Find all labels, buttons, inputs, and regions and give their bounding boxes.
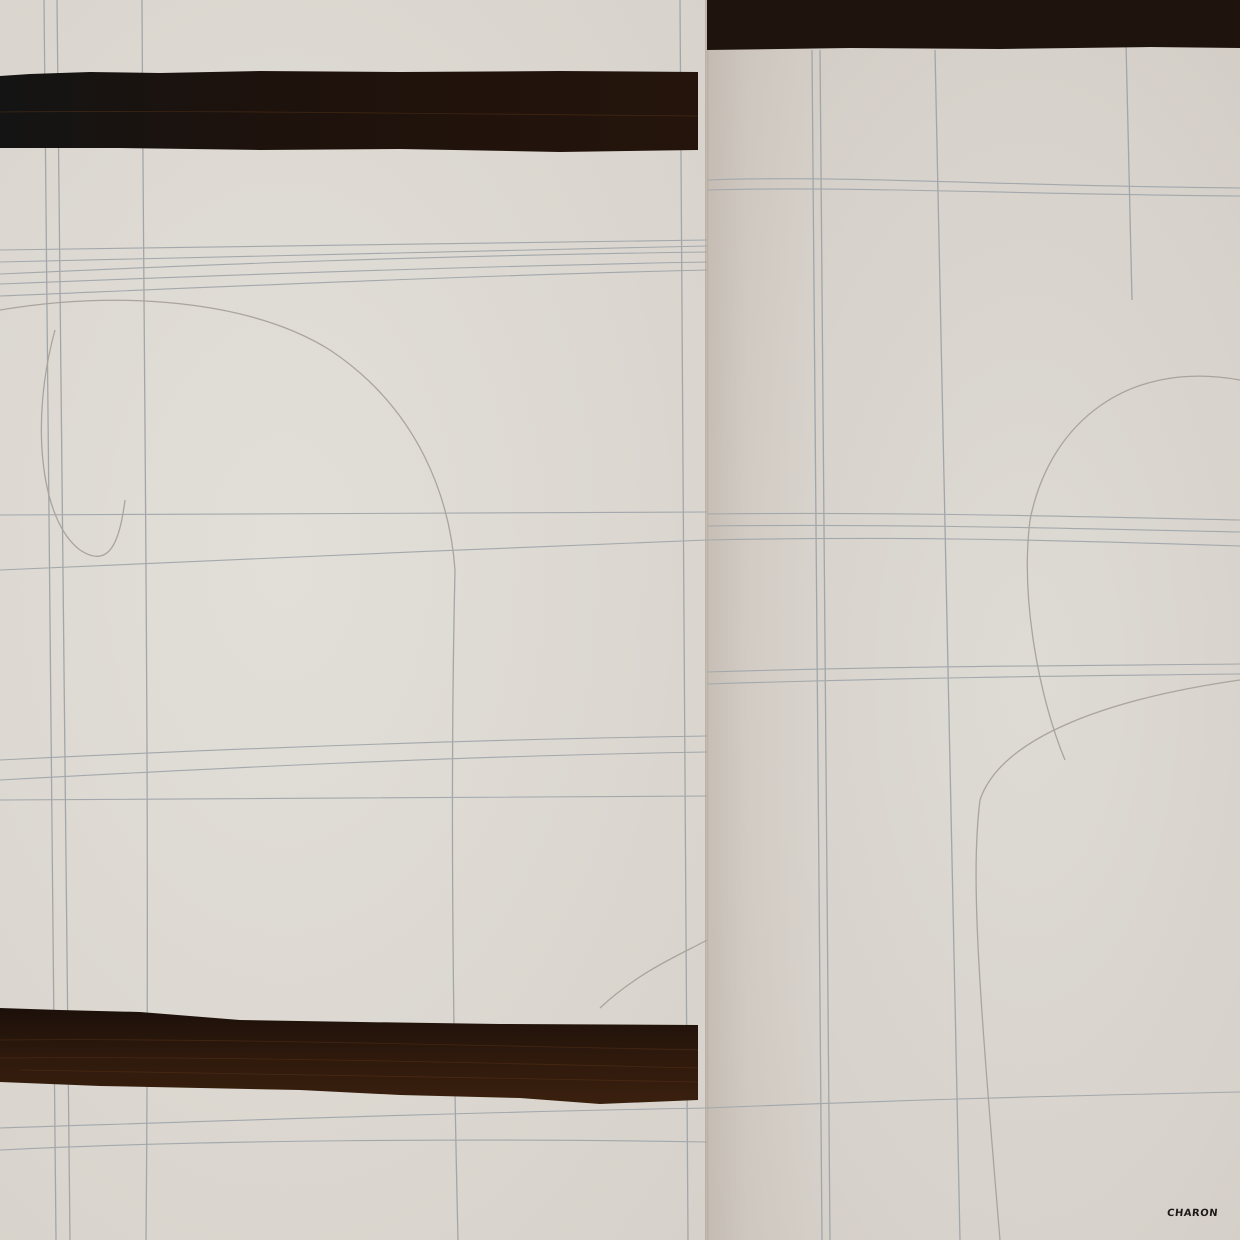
right-vertical-lines [812,0,1132,1240]
right-arc-lines [600,376,1240,1240]
painting: CHARON [0,0,1240,1240]
left-arc-lines [0,300,455,570]
brush-texture [0,111,698,1082]
right-top-band [707,0,1240,50]
right-horizontal-lines [707,179,1240,1108]
line-drawing [0,0,1240,1240]
artist-signature: CHARON [1166,1208,1218,1219]
left-bottom-band [0,1008,698,1104]
